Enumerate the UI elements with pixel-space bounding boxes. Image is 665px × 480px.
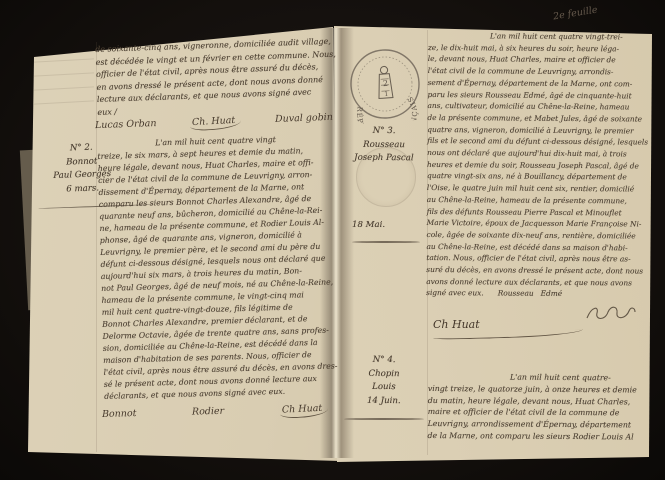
signature-declarant-1: Lucas Orban <box>95 118 157 134</box>
stamp-numeral-bottom: 1 <box>384 90 389 98</box>
margin-date-act3: 18 Mai. <box>352 219 422 233</box>
margin-date-underline <box>352 241 420 243</box>
signature-mayor: Ch. Huat <box>190 115 242 132</box>
act2-body-text: L'an mil huit cent quatre vingt treize, … <box>97 132 344 403</box>
signature-rodier: Rodier <box>192 406 225 421</box>
act4-body-text: L'an mil huit cent quatre- vingt treize,… <box>428 371 652 443</box>
register-scan: de soixante-cinq ans, vigneronne, domici… <box>0 0 665 480</box>
signature-declarant-2: Duval gobin <box>275 112 333 128</box>
signature-mayor: Ch Huat <box>433 318 583 338</box>
corner-annotation: 2e feuille <box>552 5 598 23</box>
act1-closing-text: de soixante-cinq ans, vigneronne, domici… <box>95 36 337 119</box>
margin-note-act3: N° 3. Rousseau Joseph Pascal <box>334 125 434 166</box>
signature-flourish <box>585 303 637 325</box>
stamp-numeral-top: 2 <box>383 79 389 88</box>
republique-francaise-stamp-icon: RÉPUBLIQUE · FRANÇAISE 2 1 <box>344 43 425 124</box>
signature-mayor-text: Ch Huat <box>433 318 480 331</box>
signature-bonnot: Bonnot <box>102 408 137 423</box>
act3-body-text: L'an mil huit cent quatre vingt-trei- ze… <box>426 30 652 301</box>
signature-mayor: Ch Huat <box>279 403 328 419</box>
margin-note-underline <box>344 418 424 420</box>
margin-note-act4: N° 4. Chopin Louis 14 Juin. <box>334 354 434 409</box>
